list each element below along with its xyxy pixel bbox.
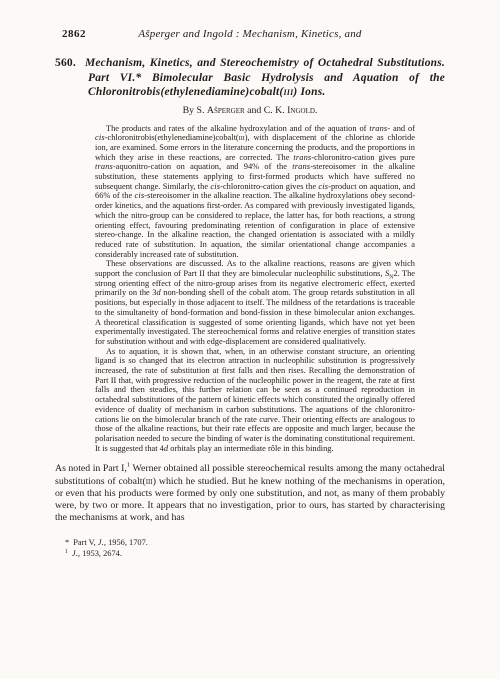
abstract-paragraph-1: The products and rates of the alkaline h… bbox=[95, 124, 415, 260]
page-number: 2862 bbox=[62, 28, 86, 40]
abstract-paragraph-2: These observations are discussed. As to … bbox=[95, 259, 415, 346]
footnote-ref-1-text: J., 1953, 2674. bbox=[72, 549, 122, 558]
footnote-ref-1: 1J., 1953, 2674. bbox=[65, 548, 445, 560]
footnotes: *Part V, J., 1956, 1707. 1J., 1953, 2674… bbox=[55, 537, 445, 560]
article-title-block: 560.Mechanism, Kinetics, and Stereochemi… bbox=[55, 56, 445, 100]
footnote-marker-1: 1 bbox=[65, 549, 68, 555]
body-text: As noted in Part I,1 Werner obtained all… bbox=[55, 463, 445, 523]
article-title: Mechanism, Kinetics, and Stereochemistry… bbox=[85, 57, 445, 98]
footnote-part-v-text: Part V, J., 1956, 1707. bbox=[73, 538, 148, 547]
body-paragraph-1: As noted in Part I,1 Werner obtained all… bbox=[55, 463, 445, 523]
journal-page: 2862 Ašperger and Ingold : Mechanism, Ki… bbox=[0, 0, 500, 679]
byline: By S. Ašperger and C. K. Ingold. bbox=[55, 105, 445, 116]
page-header: 2862 Ašperger and Ingold : Mechanism, Ki… bbox=[55, 28, 445, 41]
abstract-paragraph-3: As to aquation, it is shown that, when, … bbox=[95, 347, 415, 454]
article-number: 560. bbox=[55, 57, 76, 69]
running-head: Ašperger and Ingold : Mechanism, Kinetic… bbox=[55, 28, 445, 40]
abstract: The products and rates of the alkaline h… bbox=[95, 124, 415, 454]
footnote-part-v: *Part V, J., 1956, 1707. bbox=[65, 537, 445, 549]
footnote-marker-asterisk: * bbox=[65, 538, 69, 547]
